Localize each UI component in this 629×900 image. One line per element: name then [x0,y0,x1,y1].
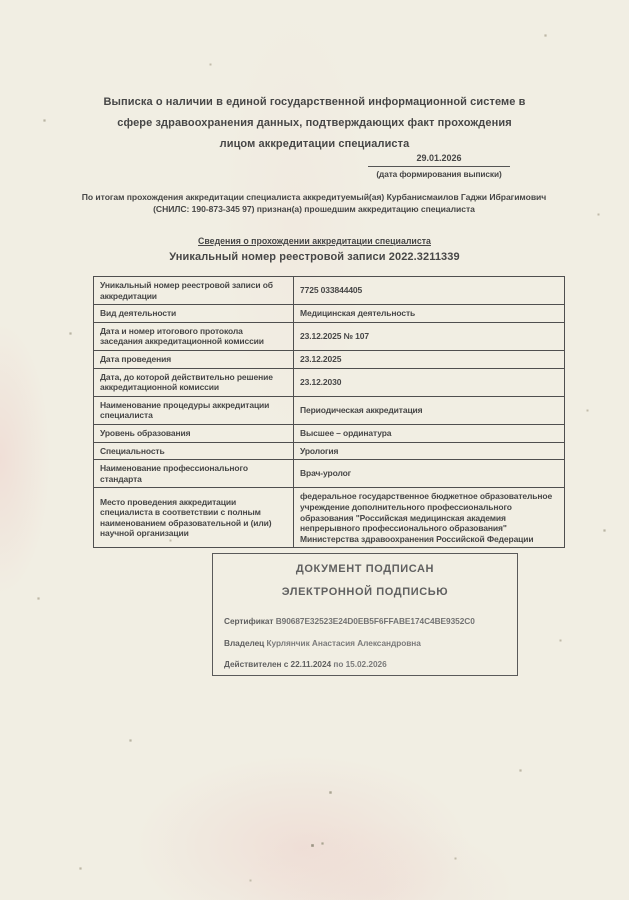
row-value-cell: Периодическая аккредитация [294,396,565,424]
table-row: Дата, до которой действительно решение а… [94,368,565,396]
scan-noise [0,0,1,1]
row-value-cell: Высшее – ординатура [294,424,565,442]
row-value-cell: Медицинская деятельность [294,305,565,323]
table-row: Дата и номер итогового протокола заседан… [94,322,565,350]
owner-line: Владелец Курлянчик Анастасия Александров… [224,638,517,648]
row-value-cell: Врач-уролог [294,460,565,488]
formation-date-value: 29.01.2026 [368,153,510,167]
table-row: Вид деятельности Медицинская деятельност… [94,305,565,323]
row-label-cell: Дата проведения [94,350,294,368]
row-value-cell: 23.12.2025 № 107 [294,322,565,350]
section-heading: Сведения о прохождении аккредитации спец… [0,236,629,246]
row-value-cell: 23.12.2025 [294,350,565,368]
row-value-cell: 7725 033844405 [294,277,565,305]
table-row: Уровень образования Высшее – ординатура [94,424,565,442]
certificate-line: Сертификат B90687E32523E24D0EB5F6FFABE17… [224,616,517,626]
validity-value: по 15.02.2026 [333,659,386,669]
table-row: Специальность Урология [94,442,565,460]
row-label-cell: Уровень образования [94,424,294,442]
validity-line: Действителен с 22.11.2024 по 15.02.2026 [224,659,517,669]
row-label-cell: Наименование профессионального стандарта [94,460,294,488]
formation-date-caption: (дата формирования выписки) [368,169,510,179]
certificate-value: B90687E32523E24D0EB5F6FFABE174C4BE9352C0 [276,616,475,626]
table-row: Наименование процедуры аккредитации спец… [94,396,565,424]
accreditation-summary-paragraph: По итогам прохождения аккредитации специ… [79,191,549,215]
row-label-cell: Специальность [94,442,294,460]
row-value-cell: Урология [294,442,565,460]
signature-stamp-line1: ДОКУМЕНТ ПОДПИСАН [213,563,517,575]
scanned-document-page: Выписка о наличии в единой государственн… [0,0,629,900]
accreditation-details-table: Уникальный номер реестровой записи об ак… [93,276,565,548]
certificate-label: Сертификат [224,616,276,626]
signature-stamp-line2: ЭЛЕКТРОННОЙ ПОДПИСЬЮ [213,586,517,598]
registry-number-heading: Уникальный номер реестровой записи 2022.… [0,251,629,263]
electronic-signature-stamp: ДОКУМЕНТ ПОДПИСАН ЭЛЕКТРОННОЙ ПОДПИСЬЮ С… [212,553,518,676]
row-value-cell: 23.12.2030 [294,368,565,396]
formation-date-block: 29.01.2026 (дата формирования выписки) [368,153,510,179]
table-row: Уникальный номер реестровой записи об ак… [94,277,565,305]
owner-value: Курлянчик Анастасия Александровна [267,638,421,648]
row-label-cell: Дата, до которой действительно решение а… [94,368,294,396]
document-title: Выписка о наличии в единой государственн… [99,92,531,155]
table-row: Дата проведения 23.12.2025 [94,350,565,368]
owner-label: Владелец [224,638,267,648]
row-label-cell: Место проведения аккредитации специалист… [94,488,294,548]
table-row: Место проведения аккредитации специалист… [94,488,565,548]
table-row: Наименование профессионального стандарта… [94,460,565,488]
validity-label: Действителен с 22.11.2024 [224,659,333,669]
row-value-cell: федеральное государственное бюджетное об… [294,488,565,548]
row-label-cell: Вид деятельности [94,305,294,323]
row-label-cell: Наименование процедуры аккредитации спец… [94,396,294,424]
row-label-cell: Дата и номер итогового протокола заседан… [94,322,294,350]
row-label-cell: Уникальный номер реестровой записи об ак… [94,277,294,305]
